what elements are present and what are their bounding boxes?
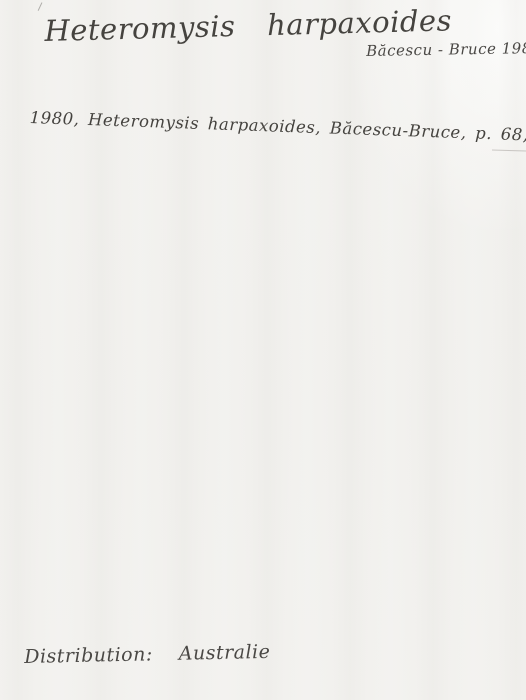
- distribution-label: Distribution:: [24, 643, 153, 668]
- faint-pencil-line: [492, 150, 526, 152]
- stray-pen-mark: [29, 0, 43, 11]
- author-year: Băcescu - Bruce 1980: [366, 39, 526, 60]
- index-card: Heteromysis harpaxoides Băcescu - Bruce …: [0, 0, 526, 700]
- citation-line: 1980, Heteromysis harpaxoides, Băcescu-B…: [29, 108, 526, 147]
- distribution-line: Distribution:Australie: [24, 641, 271, 668]
- spacer: [153, 660, 179, 661]
- distribution-value: Australie: [179, 641, 271, 665]
